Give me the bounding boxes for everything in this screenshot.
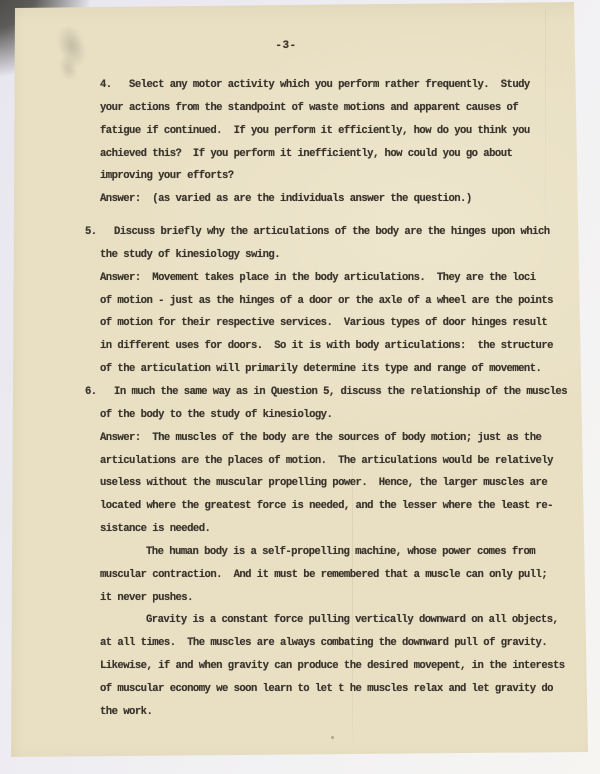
text-line: of the body to the study of kinesiology. <box>100 404 588 427</box>
text-line: useless without the muscular propelling … <box>100 472 588 495</box>
scanned-document-background: { "theme":{ "paper":"#e9e0c4", "ink":"#3… <box>0 0 600 774</box>
text-line: the study of kinesiology swing. <box>100 244 588 267</box>
text-line: Likewise, if and when gravity can produc… <box>100 655 588 678</box>
text-line: it never pushes. <box>100 587 588 610</box>
text-line: your actions from the standpoint of wast… <box>100 97 588 120</box>
document-page: -3- 4. Select any motor activity which y… <box>0 0 600 774</box>
text-line: the work. <box>100 701 588 724</box>
text-line: Answer: (as varied as are the individual… <box>100 188 588 211</box>
text-line: located where the greatest force is need… <box>100 495 588 518</box>
text-line: of motion for their respective services.… <box>100 312 588 335</box>
text-line: muscular contraction. And it must be rem… <box>100 564 588 587</box>
text-line: Answer: The muscles of the body are the … <box>100 427 588 450</box>
text-line: of the articulation will primarily deter… <box>100 358 588 381</box>
text-line: sistance is needed. <box>100 518 588 541</box>
text-line: Gravity is a constant force pulling vert… <box>100 609 588 632</box>
text-line: 4. Select any motor activity which you p… <box>100 74 588 97</box>
ink-speck <box>331 736 334 739</box>
text-line: of motion - just as the hinges of a door… <box>100 290 588 313</box>
text-line: of muscular economy we soon learn to let… <box>100 678 588 701</box>
text-line: articulations are the places of motion. … <box>100 450 588 473</box>
text-line: at all times. The muscles are always com… <box>100 632 588 655</box>
typed-text-block: 4. Select any motor activity which you p… <box>100 74 588 724</box>
text-line: improving your efforts? <box>100 165 588 188</box>
text-line: fatigue if continued. If you perform it … <box>100 120 588 143</box>
text-line: 5. Discuss briefly why the articulations… <box>85 221 588 244</box>
text-line: 6. In much the same way as in Question 5… <box>85 381 588 404</box>
page-number: -3- <box>0 40 586 52</box>
text-line: achieved this? If you perform it ineffic… <box>100 143 588 166</box>
text-line: The human body is a self-propelling mach… <box>100 541 588 564</box>
text-line: Answer: Movement takes place in the body… <box>100 267 588 290</box>
text-line: in different uses for doors. So it is wi… <box>100 335 588 358</box>
pencil-smudge-mark <box>38 19 105 90</box>
